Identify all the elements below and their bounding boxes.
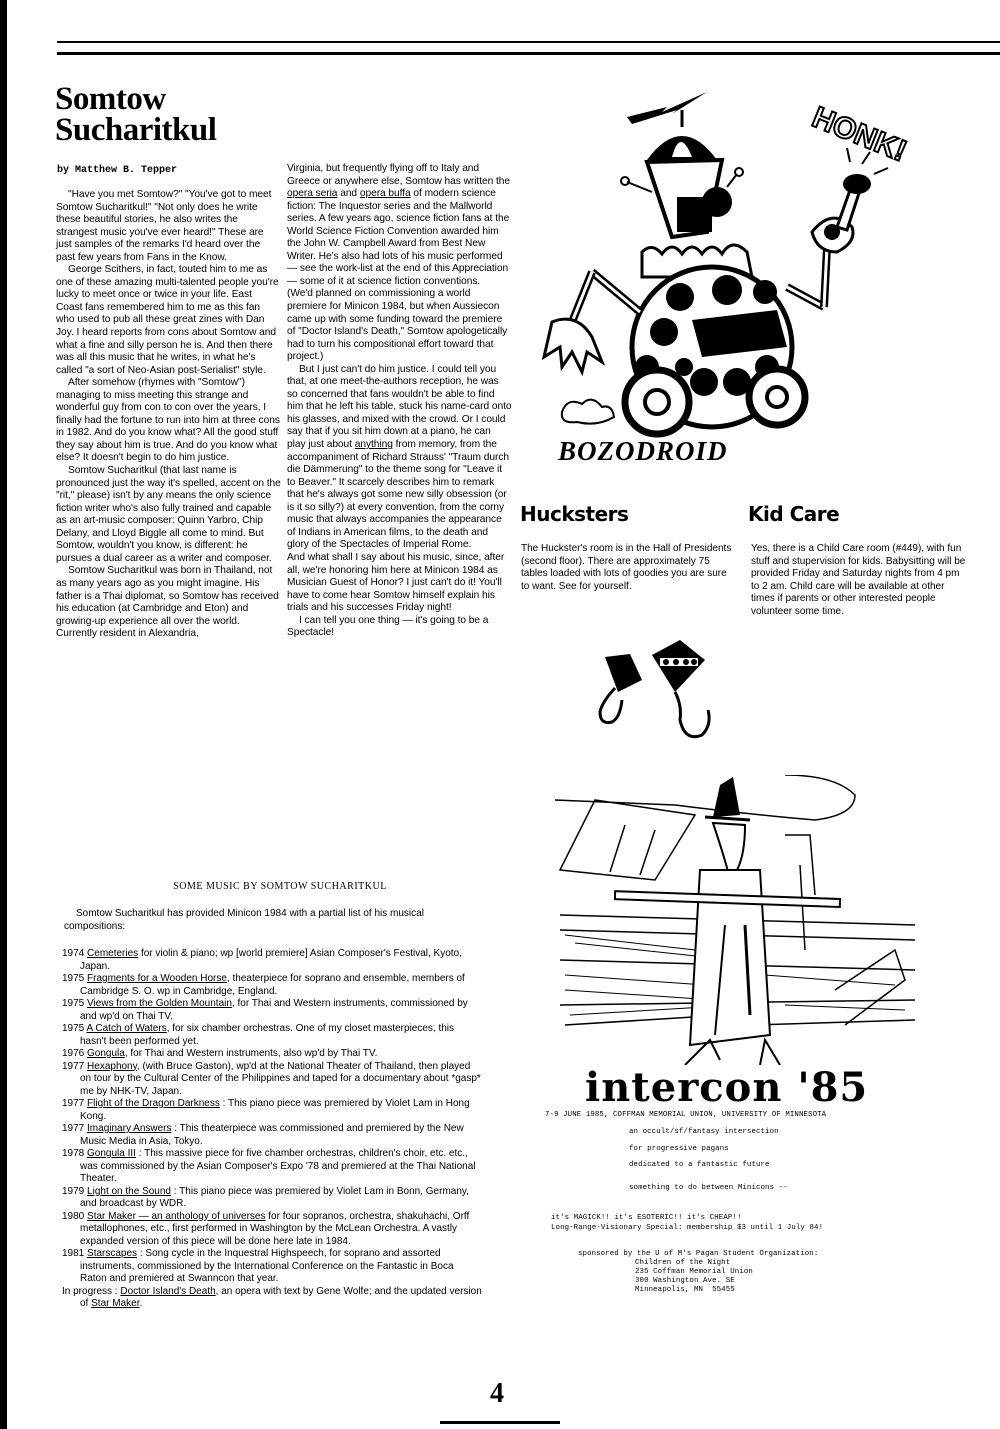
work-item: 1976 Gongula, for Thai and Western instr… <box>62 1048 482 1061</box>
text: But I just can't do him justice. I could… <box>287 364 511 450</box>
work-desc: , (with Bruce Gaston), wp'd at the Natio… <box>80 1061 481 1097</box>
text: Somtow Sucharitkul has provided Minicon … <box>64 908 424 932</box>
intercon-tagline: an occult/sf/fantasy intersection <box>629 1128 779 1136</box>
text: Virginia, but frequently flying off to I… <box>287 163 510 187</box>
work-desc: , for Thai and Western instruments, also… <box>125 1048 378 1059</box>
work-title: Cemeteries <box>87 948 138 959</box>
work-desc: for violin & piano; wp [world premiere] … <box>80 948 462 972</box>
work-item-in-progress: In progress : Doctor Island's Death, an … <box>62 1286 482 1311</box>
work-year: 1975 <box>62 998 84 1009</box>
work-year: 1979 <box>62 1186 84 1197</box>
paragraph: George Scithers, in fact, touted him to … <box>56 264 281 377</box>
work-item: 1977 Hexaphony, (with Bruce Gaston), wp'… <box>62 1061 482 1099</box>
work-item: 1981 Starscapes : Song cycle in the Inqu… <box>62 1248 482 1286</box>
work-year: 1980 <box>62 1211 84 1222</box>
paragraph: Somtow Sucharitkul (that last name is pr… <box>56 465 281 565</box>
paragraph: "Have you met Somtow?" "You've got to me… <box>56 189 281 264</box>
work-year: 1977 <box>62 1098 84 1109</box>
paragraph: Virginia, but frequently flying off to I… <box>287 163 512 288</box>
work-title: Light on the Sound <box>87 1186 171 1197</box>
intercon-address: Minneapolis, MN 55455 <box>635 1286 735 1294</box>
intercon-tagline: for progressive pagans <box>629 1145 729 1153</box>
work-year: 1978 <box>62 1148 84 1159</box>
work-item: 1974 Cemeteries for violin & piano; wp [… <box>62 948 482 973</box>
scan-edge <box>0 0 7 1429</box>
work-title: Star Maker <box>91 1298 139 1309</box>
paragraph: And what shall I say about his music, si… <box>287 552 512 615</box>
paragraph: I can tell you one thing — it's going to… <box>287 615 512 640</box>
work-item: 1975 Fragments for a Wooden Horse, theat… <box>62 973 482 998</box>
text: and <box>337 188 359 199</box>
work-desc: : This massive piece for five chamber or… <box>80 1148 476 1184</box>
paragraph: (We'd planned on commissioning a world p… <box>287 288 512 363</box>
article-title: Somtow Sucharitkul <box>55 84 216 146</box>
work-item: 1977 Flight of the Dragon Darkness : Thi… <box>62 1098 482 1123</box>
article-column-1: "Have you met Somtow?" "You've got to me… <box>56 189 281 641</box>
title-line-2: Sucharitkul <box>55 115 216 146</box>
work-title: Hexaphony <box>87 1061 137 1072</box>
work-title: A Catch of Waters <box>86 1023 166 1034</box>
work-year: 1975 <box>62 973 84 984</box>
text: In progress : <box>62 1286 120 1297</box>
intercon-tagline: something to do between Minicons -- <box>629 1184 788 1192</box>
paragraph: But I just can't do him justice. I could… <box>287 364 512 552</box>
article-column-2: Virginia, but frequently flying off to I… <box>287 163 512 640</box>
work-item: 1978 Gongula III : This massive piece fo… <box>62 1148 482 1186</box>
work-item: 1975 Views from the Golden Mountain, for… <box>62 998 482 1023</box>
intercon-membership-offer: Long-Range-Visionary Special: membership… <box>551 1224 823 1232</box>
intercon-tagline: dedicated to a fantastic future <box>629 1161 770 1169</box>
work-title: Gongula III <box>87 1148 136 1159</box>
work-year: 1975 <box>62 1023 84 1034</box>
hucksters-heading: Hucksters <box>520 502 628 526</box>
paragraph: Somtow Sucharitkul was born in Thailand,… <box>56 565 281 640</box>
work-title: Star Maker — an anthology of universes <box>87 1211 265 1222</box>
work-year: 1977 <box>62 1061 84 1072</box>
work-title: Starscapes <box>87 1248 137 1259</box>
intercon-address: 300 Washington Ave. SE <box>635 1277 735 1285</box>
intercon-address: Children of the Night <box>635 1259 730 1267</box>
header-rule-double <box>57 52 1000 55</box>
underlined-term: anything <box>355 439 393 450</box>
footer-rule <box>440 1421 560 1424</box>
byline: by Matthew B. Tepper <box>57 165 177 176</box>
text: from memory, from the accompaniment of R… <box>287 439 509 550</box>
page-number: 4 <box>490 1378 504 1410</box>
work-title: Imaginary Answers <box>87 1123 171 1134</box>
underlined-term: opera buffa <box>360 188 411 199</box>
text: . <box>139 1298 142 1309</box>
work-title: Views from the Golden Mountain <box>87 998 232 1009</box>
work-item: 1980 Star Maker — an anthology of univer… <box>62 1211 482 1249</box>
music-list-heading: SOME MUSIC BY SOMTOW SUCHARITKUL <box>60 881 500 892</box>
intercon-title: intercon '85 <box>585 1064 868 1111</box>
title-line-1: Somtow <box>55 84 216 115</box>
work-title: Fragments for a Wooden Horse <box>87 973 227 984</box>
intercon-address: 235 Coffman Memorial Union <box>635 1268 753 1276</box>
kid-care-heading: Kid Care <box>748 502 839 526</box>
bozodroid-caption: BOZODROID <box>558 436 728 467</box>
work-title: Flight of the Dragon Darkness <box>87 1098 220 1109</box>
work-desc: : Song cycle in the Inquestral Highspeec… <box>80 1248 454 1284</box>
underlined-term: opera seria <box>287 188 337 199</box>
work-item: 1979 Light on the Sound : This piano pie… <box>62 1186 482 1211</box>
work-item: 1977 Imaginary Answers : This theaterpie… <box>62 1123 482 1148</box>
work-year: 1977 <box>62 1123 84 1134</box>
work-year: 1976 <box>62 1048 84 1059</box>
works-list: 1974 Cemeteries for violin & piano; wp [… <box>62 948 482 1311</box>
paragraph: After somehow (rhymes with "Somtow") man… <box>56 377 281 465</box>
intercon-dates: 7-9 JUNE 1985, COFFMAN MEMORIAL UNION, U… <box>545 1111 826 1119</box>
intercon-sponsor: sponsored by the U of M's Pagan Student … <box>578 1250 818 1258</box>
music-list-intro: Somtow Sucharitkul has provided Minicon … <box>64 908 464 933</box>
kid-care-body: Yes, there is a Child Care room (#449), … <box>751 543 966 618</box>
kites-illustration <box>590 640 730 750</box>
work-year: 1981 <box>62 1248 84 1259</box>
wizard-illustration <box>555 775 915 1065</box>
work-item: 1975 A Catch of Waters, for six chamber … <box>62 1023 482 1048</box>
hucksters-body: The Huckster's room is in the Hall of Pr… <box>521 543 736 593</box>
work-title: Gongula <box>87 1048 125 1059</box>
intercon-pitch: it's MAGICK!! it's ESOTERIC!! it's CHEAP… <box>551 1214 741 1222</box>
work-year: 1974 <box>62 948 84 959</box>
header-rule <box>57 41 1000 43</box>
text: of modern science fiction: The Inquestor… <box>287 188 509 287</box>
work-title: Doctor Island's Death <box>120 1286 215 1297</box>
